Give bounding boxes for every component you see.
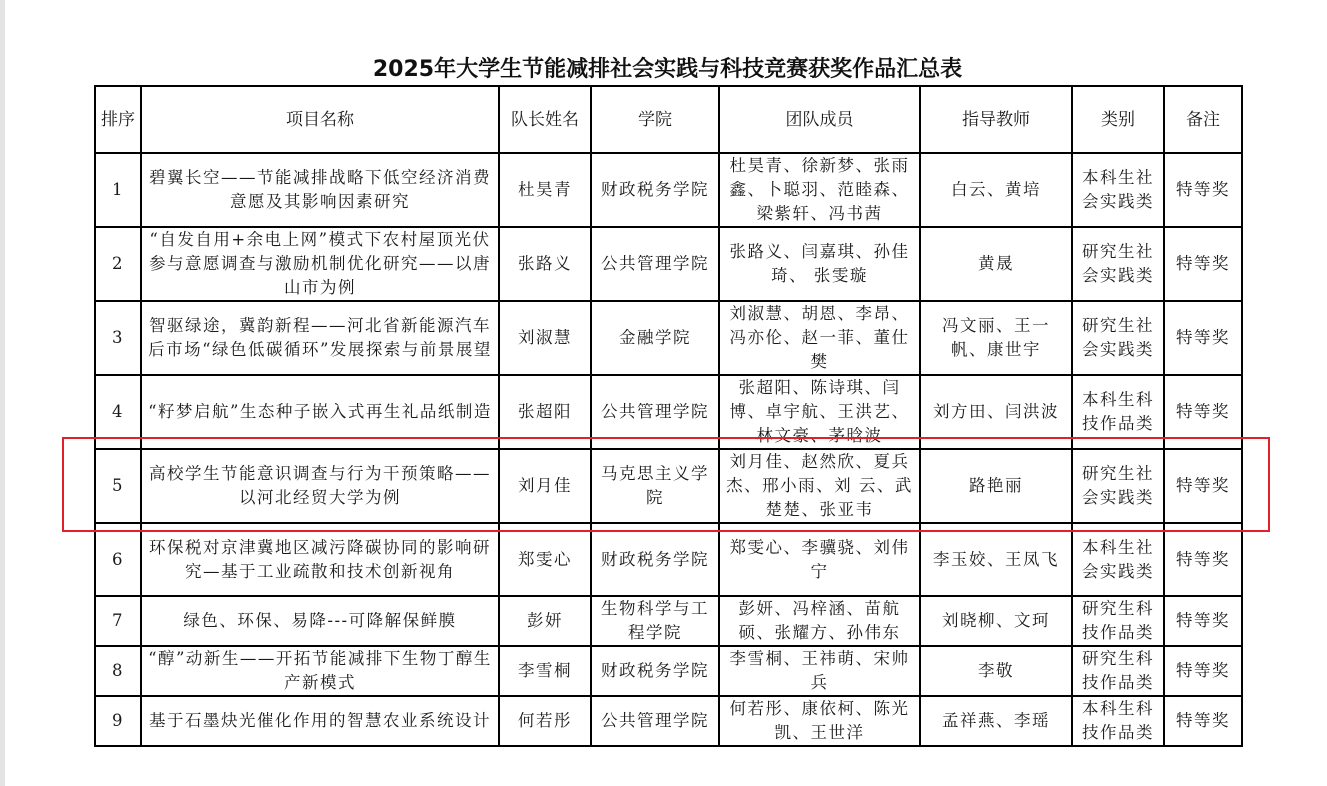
- college-cell: 财政税务学院: [591, 153, 719, 227]
- leader-cell: 杜昊青: [499, 153, 591, 227]
- category-cell: 本科生社会实践类: [1072, 523, 1164, 596]
- category-cell: 研究生科技作品类: [1072, 646, 1164, 696]
- table-row: 9 基于石墨炔光催化作用的智慧农业系统设计 何若彤 公共管理学院 何若彤、康依柯…: [95, 696, 1242, 746]
- members-cell: 刘月佳、赵然欣、夏兵杰、邢小雨、刘 云、武楚楚、张亚韦: [719, 449, 920, 523]
- category-cell: 本科生社会实践类: [1072, 153, 1164, 227]
- college-cell: 公共管理学院: [591, 227, 719, 301]
- members-cell: 何若彤、康依柯、陈光凯、王世洋: [719, 696, 920, 746]
- project-cell: “籽梦启航”生态种子嵌入式再生礼品纸制造: [141, 375, 499, 449]
- project-cell: 基于石墨炔光催化作用的智慧农业系统设计: [141, 696, 499, 746]
- college-cell: 金融学院: [591, 301, 719, 375]
- advisors-cell: 冯文丽、王一帆、康世宇: [920, 301, 1072, 375]
- rank-cell: 6: [95, 523, 141, 596]
- rank-cell: 4: [95, 375, 141, 449]
- rank-cell: 9: [95, 696, 141, 746]
- table-row: 4 “籽梦启航”生态种子嵌入式再生礼品纸制造 张超阳 公共管理学院 张超阳、陈诗…: [95, 375, 1242, 449]
- leader-cell: 张超阳: [499, 375, 591, 449]
- college-cell: 公共管理学院: [591, 696, 719, 746]
- award-cell: 特等奖: [1164, 596, 1242, 646]
- header-row: 排序 项目名称 队长姓名 学院 团队成员 指导教师 类别 备注: [95, 86, 1242, 153]
- table-row: 1 碧翼长空——节能减排战略下低空经济消费意愿及其影响因素研究 杜昊青 财政税务…: [95, 153, 1242, 227]
- leader-cell: 张路义: [499, 227, 591, 301]
- rank-cell: 7: [95, 596, 141, 646]
- award-cell: 特等奖: [1164, 449, 1242, 523]
- advisors-cell: 李玉姣、王凤飞: [920, 523, 1072, 596]
- advisors-cell: 路艳丽: [920, 449, 1072, 523]
- rank-cell: 3: [95, 301, 141, 375]
- award-cell: 特等奖: [1164, 301, 1242, 375]
- page-title: 2025年大学生节能减排社会实践与科技竞赛获奖作品汇总表: [94, 54, 1241, 86]
- page-edge-strip: [0, 0, 5, 786]
- table-row: 7 绿色、环保、易降---可降解保鲜膜 彭妍 生物科学与工程学院 彭妍、冯梓涵、…: [95, 596, 1242, 646]
- category-cell: 研究生社会实践类: [1072, 449, 1164, 523]
- col-header-project: 项目名称: [141, 86, 499, 153]
- award-cell: 特等奖: [1164, 375, 1242, 449]
- members-cell: 李雪桐、王祎萌、宋帅兵: [719, 646, 920, 696]
- col-header-leader: 队长姓名: [499, 86, 591, 153]
- category-cell: 研究生社会实践类: [1072, 301, 1164, 375]
- award-cell: 特等奖: [1164, 646, 1242, 696]
- advisors-cell: 黄晟: [920, 227, 1072, 301]
- leader-cell: 彭妍: [499, 596, 591, 646]
- college-cell: 财政税务学院: [591, 523, 719, 596]
- col-header-advisors: 指导教师: [920, 86, 1072, 153]
- leader-cell: 刘月佳: [499, 449, 591, 523]
- rank-cell: 5: [95, 449, 141, 523]
- category-cell: 本科生科技作品类: [1072, 375, 1164, 449]
- col-header-rank: 排序: [95, 86, 141, 153]
- project-cell: 碧翼长空——节能减排战略下低空经济消费意愿及其影响因素研究: [141, 153, 499, 227]
- col-header-notes: 备注: [1164, 86, 1242, 153]
- leader-cell: 李雪桐: [499, 646, 591, 696]
- award-cell: 特等奖: [1164, 696, 1242, 746]
- advisors-cell: 白云、黄培: [920, 153, 1072, 227]
- award-cell: 特等奖: [1164, 523, 1242, 596]
- members-cell: 张超阳、陈诗琪、闫博、卓宇航、王洪艺、林文豪、茅晗波: [719, 375, 920, 449]
- advisors-cell: 刘晓柳、文珂: [920, 596, 1072, 646]
- college-cell: 财政税务学院: [591, 646, 719, 696]
- category-cell: 本科生科技作品类: [1072, 696, 1164, 746]
- leader-cell: 刘淑慧: [499, 301, 591, 375]
- table-row: 8 “醇”动新生——开拓节能减排下生物丁醇生产新模式 李雪桐 财政税务学院 李雪…: [95, 646, 1242, 696]
- award-cell: 特等奖: [1164, 153, 1242, 227]
- project-cell: “自发自用+余电上网”模式下农村屋顶光伏参与意愿调查与激励机制优化研究——以唐山…: [141, 227, 499, 301]
- college-cell: 马克思主义学院: [591, 449, 719, 523]
- award-cell: 特等奖: [1164, 227, 1242, 301]
- rank-cell: 2: [95, 227, 141, 301]
- advisors-cell: 李敬: [920, 646, 1072, 696]
- category-cell: 研究生科技作品类: [1072, 596, 1164, 646]
- project-cell: 智驱绿途，冀韵新程——河北省新能源汽车后市场“绿色低碳循环”发展探索与前景展望: [141, 301, 499, 375]
- table-row: 6 环保税对京津冀地区减污降碳协同的影响研究—基于工业疏散和技术创新视角 郑雯心…: [95, 523, 1242, 596]
- project-cell: 高校学生节能意识调查与行为干预策略——以河北经贸大学为例: [141, 449, 499, 523]
- college-cell: 生物科学与工程学院: [591, 596, 719, 646]
- rank-cell: 8: [95, 646, 141, 696]
- table-row: 2 “自发自用+余电上网”模式下农村屋顶光伏参与意愿调查与激励机制优化研究——以…: [95, 227, 1242, 301]
- members-cell: 彭妍、冯梓涵、苗航硕、张耀方、孙伟东: [719, 596, 920, 646]
- members-cell: 刘淑慧、胡恩、李昂、冯亦伦、赵一菲、董仕樊: [719, 301, 920, 375]
- category-cell: 研究生社会实践类: [1072, 227, 1164, 301]
- col-header-college: 学院: [591, 86, 719, 153]
- project-cell: “醇”动新生——开拓节能减排下生物丁醇生产新模式: [141, 646, 499, 696]
- advisors-cell: 刘方田、闫洪波: [920, 375, 1072, 449]
- project-cell: 环保税对京津冀地区减污降碳协同的影响研究—基于工业疏散和技术创新视角: [141, 523, 499, 596]
- rank-cell: 1: [95, 153, 141, 227]
- col-header-members: 团队成员: [719, 86, 920, 153]
- members-cell: 张路义、闫嘉琪、孙佳琦、 张雯璇: [719, 227, 920, 301]
- college-cell: 公共管理学院: [591, 375, 719, 449]
- members-cell: 杜昊青、徐新梦、张雨鑫、卜聪羽、范睦森、梁紫轩、冯书茜: [719, 153, 920, 227]
- col-header-category: 类别: [1072, 86, 1164, 153]
- leader-cell: 何若彤: [499, 696, 591, 746]
- advisors-cell: 孟祥燕、李瑶: [920, 696, 1072, 746]
- awards-table: 排序 项目名称 队长姓名 学院 团队成员 指导教师 类别 备注 1 碧翼长空——…: [94, 85, 1243, 747]
- project-cell: 绿色、环保、易降---可降解保鲜膜: [141, 596, 499, 646]
- table-row-highlighted: 5 高校学生节能意识调查与行为干预策略——以河北经贸大学为例 刘月佳 马克思主义…: [95, 449, 1242, 523]
- table-row: 3 智驱绿途，冀韵新程——河北省新能源汽车后市场“绿色低碳循环”发展探索与前景展…: [95, 301, 1242, 375]
- members-cell: 郑雯心、李骥骁、刘伟宁: [719, 523, 920, 596]
- leader-cell: 郑雯心: [499, 523, 591, 596]
